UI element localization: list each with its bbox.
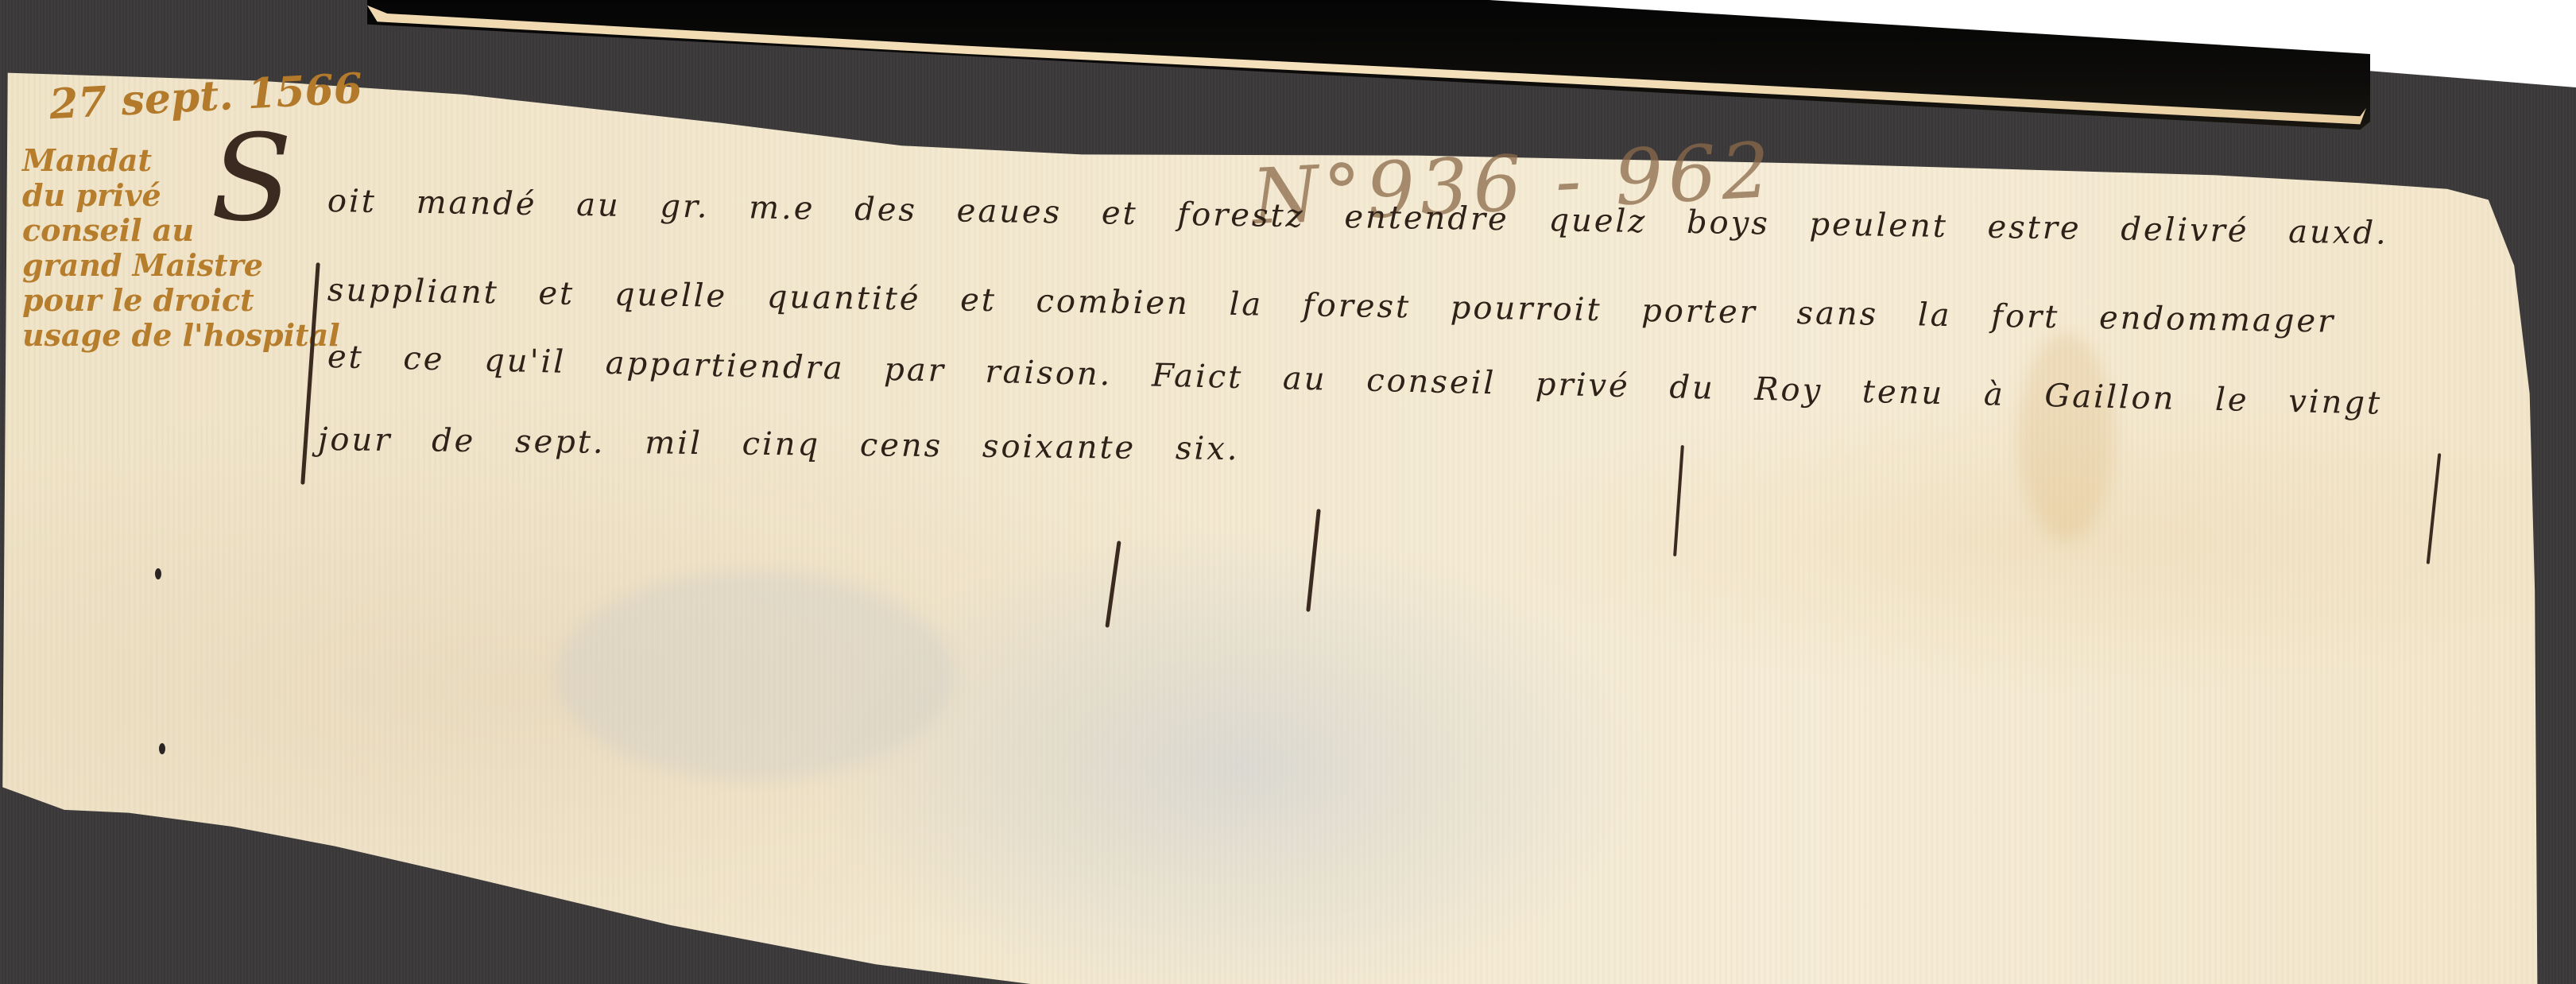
pinhole [155,568,161,579]
pinhole [159,743,165,754]
margin-line: pour le droict [22,283,340,318]
margin-line: usage de l'hospital [22,318,340,353]
discoloration [556,572,954,779]
initial-letter: S [211,119,292,238]
document-photo: 27 sept. 1566 Mandat du privé conseil au… [0,0,2576,984]
parchment-sheet [0,0,2576,984]
margin-line: grand Maistre [22,248,340,283]
water-stain [2019,334,2114,540]
